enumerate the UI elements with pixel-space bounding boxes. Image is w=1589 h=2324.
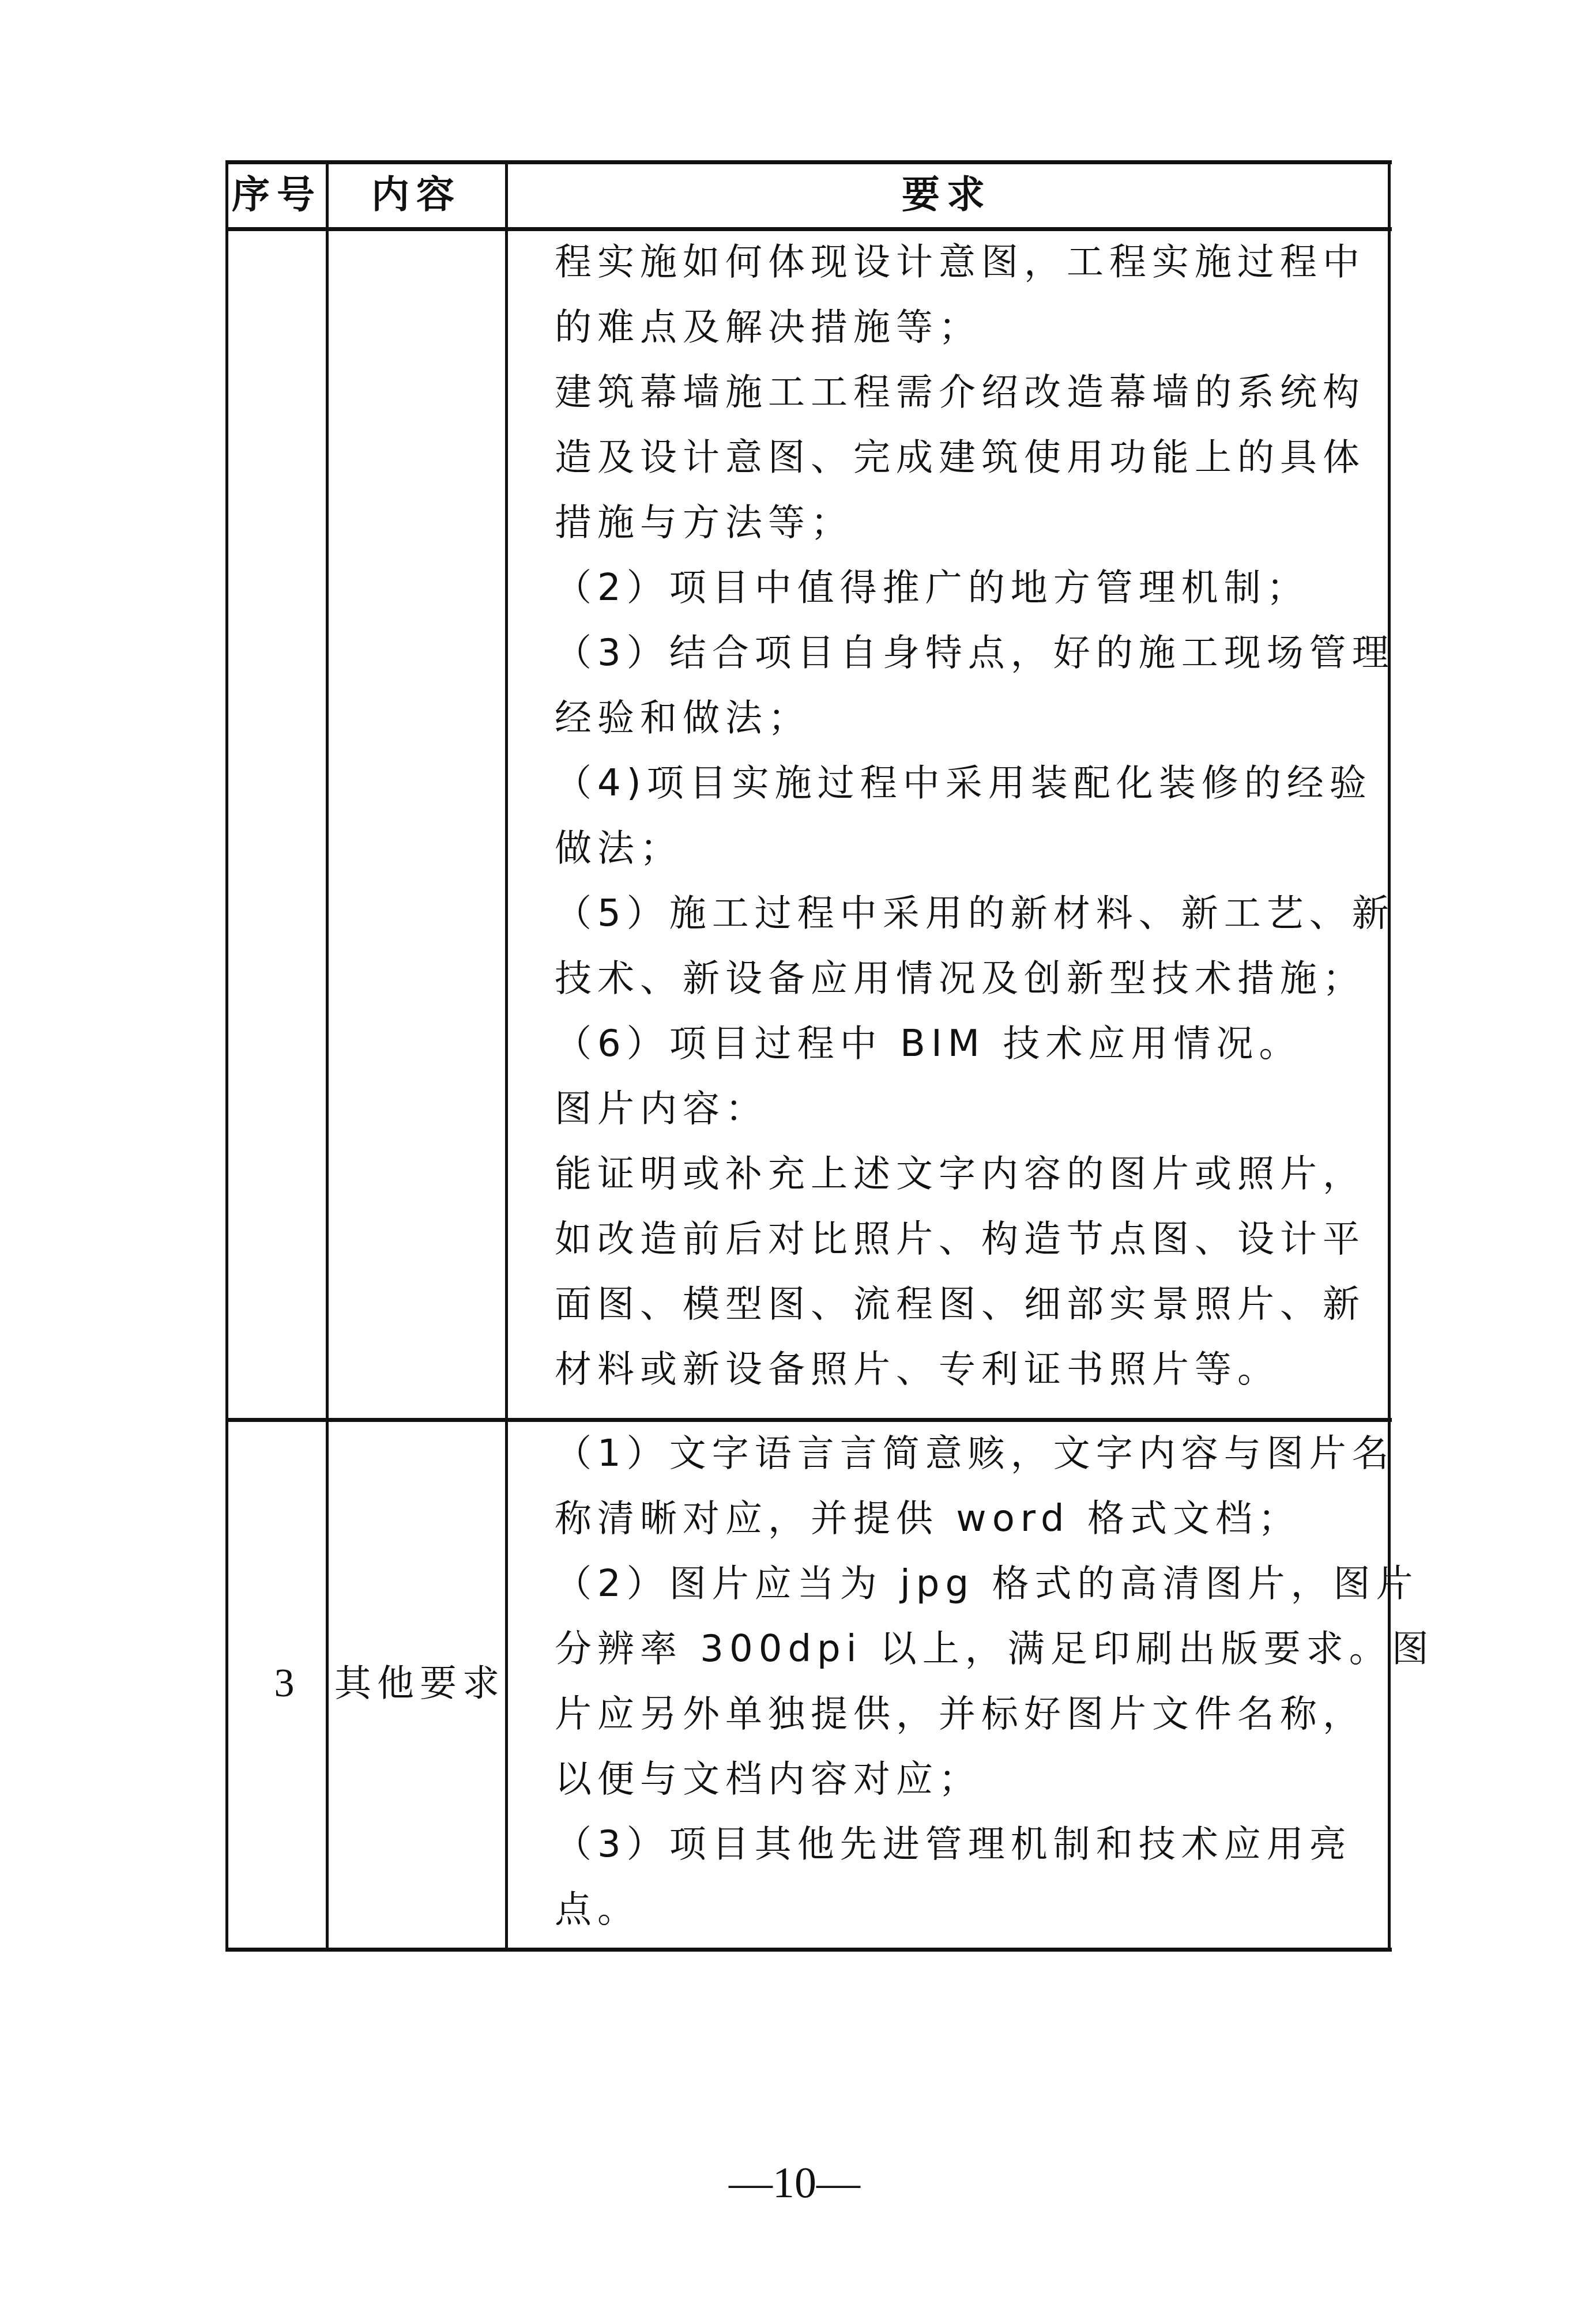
requirement-line: （3）项目其他先进管理机制和技术应用亮 — [555, 1826, 1352, 1863]
requirement-line: 面图、模型图、流程图、细部实景照片、新 — [555, 1286, 1365, 1323]
requirement-line: 造及设计意图、完成建筑使用功能上的具体 — [555, 439, 1365, 476]
requirement-line: （4)项目实施过程中采用装配化装修的经验 — [555, 765, 1372, 802]
column-divider-content — [505, 160, 508, 1952]
row-content-label: 其他要求 — [334, 1665, 505, 1702]
header-content: 内容 — [371, 176, 461, 214]
header-index: 序号 — [232, 176, 322, 214]
requirement-line: 图片内容： — [555, 1091, 768, 1127]
table-top-border — [226, 160, 1392, 164]
requirement-line: 以便与文档内容对应； — [555, 1761, 981, 1798]
header-bottom-border — [226, 227, 1392, 231]
requirement-line: （2）图片应当为 jpg 格式的高清图片，图片 — [555, 1565, 1418, 1602]
row-index: 3 — [274, 1663, 295, 1704]
requirement-line: 措施与方法等； — [555, 504, 853, 541]
requirement-line: （6）项目过程中 BIM 技术应用情况。 — [555, 1025, 1301, 1062]
table-bottom-border — [226, 1948, 1392, 1952]
requirement-line: 如改造前后对比照片、构造节点图、设计平 — [555, 1221, 1365, 1258]
requirement-line: 片应另外单独提供，并标好图片文件名称， — [555, 1696, 1365, 1733]
requirement-line: 程实施如何体现设计意图，工程实施过程中 — [555, 244, 1365, 281]
requirement-line: 分辨率 300dpi 以上，满足印刷出版要求。图 — [555, 1631, 1434, 1667]
requirement-line: （2）项目中值得推广的地方管理机制； — [555, 569, 1309, 606]
document-page: 序号 内容 要求 程实施如何体现设计意图，工程实施过程中 的难点及解决措施等； … — [0, 0, 1589, 2324]
table-left-border — [225, 160, 228, 1952]
page-number: —10— — [729, 2161, 860, 2205]
requirement-line: （5）施工过程中采用的新材料、新工艺、新 — [555, 895, 1395, 932]
row-divider — [226, 1418, 1392, 1422]
requirement-line: 点。 — [555, 1891, 640, 1928]
requirement-line: 能证明或补充上述文字内容的图片或照片， — [555, 1156, 1365, 1193]
requirement-line: 技术、新设备应用情况及创新型技术措施； — [555, 960, 1365, 997]
requirement-line: （1）文字语言言简意赅，文字内容与图片名 — [555, 1435, 1395, 1472]
requirement-line: 经验和做法； — [555, 700, 811, 737]
column-divider-index — [326, 160, 329, 1952]
requirement-line: （3）结合项目自身特点，好的施工现场管理 — [555, 635, 1395, 671]
table-right-border — [1388, 160, 1391, 1952]
requirement-line: 称清晰对应，并提供 word 格式文档； — [555, 1500, 1301, 1537]
requirement-line: 材料或新设备照片、专利证书照片等。 — [555, 1351, 1280, 1388]
requirement-line: 做法； — [555, 830, 683, 867]
requirement-line: 的难点及解决措施等； — [555, 309, 981, 346]
header-requirements: 要求 — [902, 176, 992, 214]
requirement-line: 建筑幕墙施工工程需介绍改造幕墙的系统构 — [555, 374, 1365, 411]
